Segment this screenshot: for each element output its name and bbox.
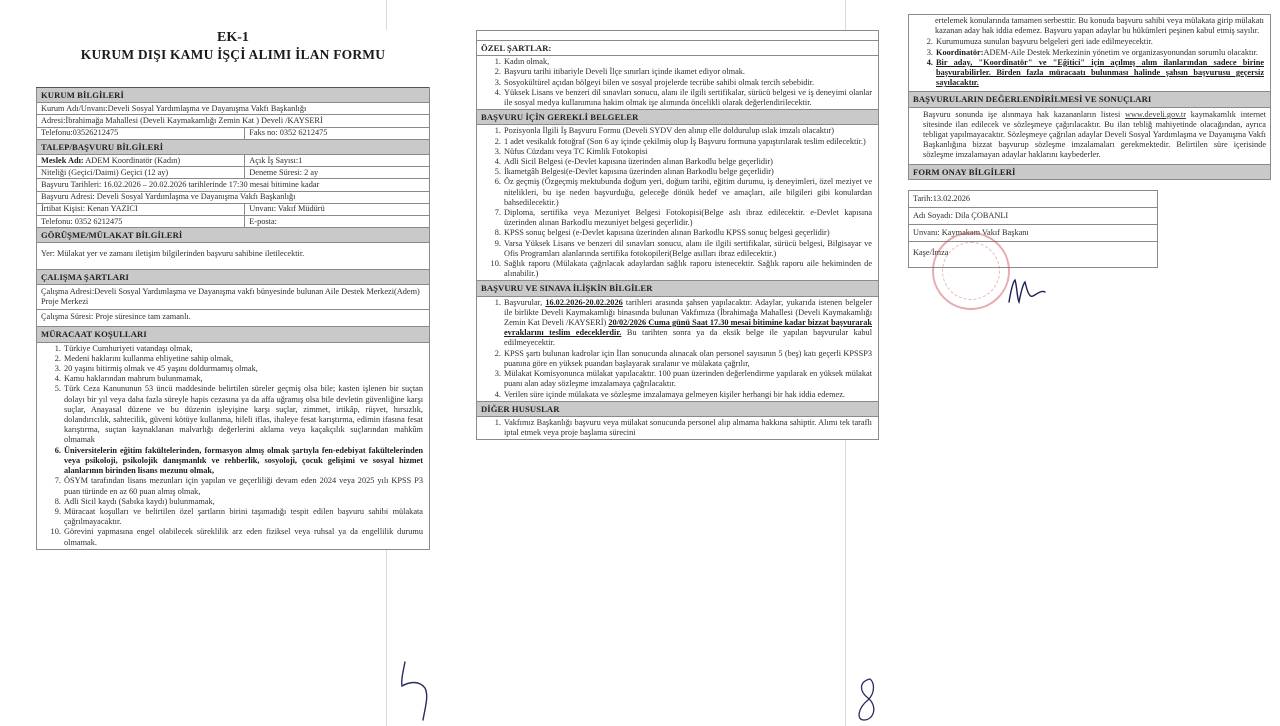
institution-fax: Faks no: 0352 6212475 [245, 127, 430, 139]
form-table-page-3: ertelemek konularında tamamen serbesttir… [908, 14, 1271, 180]
section-header-request: TALEP/BAŞVURU BİLGİLERİ [37, 139, 430, 154]
work-address: Çalışma Adresi:Develi Sosyal Yardımlaşma… [37, 284, 430, 309]
section-header-required-documents: BAŞVURU İÇİN GEREKLİ BELGELER [477, 110, 879, 125]
handwritten-page-number-8 [852, 676, 882, 726]
required-document-item: Adli Sicil Belgesi (e-Devlet kapısına üz… [503, 157, 872, 167]
required-documents-list: Pozisyonla İlgili İş Başvuru Formu (Deve… [477, 125, 874, 280]
other-list-continued: Kurumumuza sunulan başvuru belgeleri ger… [909, 36, 1266, 89]
special-condition-item: Kadın olmak, [503, 57, 872, 67]
application-exam-list: Başvurular, 16.02.2026-20.02.2026 tarihl… [477, 297, 874, 401]
evaluation-text: Başvuru sonunda işe alınmaya hak kazanan… [909, 107, 1271, 164]
required-document-item: Diploma, sertifika veya Mezuniyet Belges… [503, 208, 872, 228]
other-continued-cell: ertelemek konularında tamamen serbesttir… [909, 15, 1271, 92]
section-header-special-conditions: ÖZEL ŞARTLAR: [477, 41, 879, 56]
special-condition-item: Yüksek Lisans ve benzeri dil sınavları s… [503, 88, 872, 108]
work-duration: Çalışma Süresi: Proje süresince tam zama… [37, 310, 430, 327]
section-header-approval: FORM ONAY BİLGİLERİ [909, 164, 1271, 179]
open-positions: Açık İş Sayısı:1 [245, 155, 430, 167]
condition-item: 20 yaşını bitirmiş olmak ve 45 yaşını do… [63, 364, 423, 374]
section-header-other: DİĞER HUSUSLAR [477, 401, 879, 416]
institution-name: Kurum Adı/Unvanı:Develi Sosyal Yardımlaş… [37, 103, 430, 115]
form-page-2: ÖZEL ŞARTLAR: Kadın olmak, Başvuru tarih… [476, 30, 879, 440]
required-document-item: Nüfus Cüzdanı veya TC Kimlik Fotokopisi [503, 147, 872, 157]
required-documents-list-cell: Pozisyonla İlgili İş Başvuru Formu (Deve… [477, 125, 879, 281]
required-document-item: 1 adet vesikalık fotoğraf (Son 6 ay için… [503, 137, 872, 147]
condition-item: ÖSYM tarafından lisans mezunları için ya… [63, 476, 423, 496]
website-link[interactable]: www.develi.gov.tr [1125, 110, 1186, 119]
form-page-1: EK-1 KURUM DIŞI KAMU İŞÇİ ALIMI İLAN FOR… [36, 30, 430, 550]
form-title: KURUM DIŞI KAMU İŞÇİ ALIMI İLAN FORMU [36, 46, 430, 63]
signature [1005, 276, 1055, 306]
application-exam-item: Verilen süre içinde mülakata ve sözleşme… [503, 390, 872, 400]
other-item: Kurumumuza sunulan başvuru belgeleri ger… [935, 37, 1264, 47]
application-exam-item: Başvurular, 16.02.2026-20.02.2026 tarihl… [503, 298, 872, 349]
section-header-interview: GÖRÜŞME/MÜLAKAT BİLGİLERİ [37, 228, 430, 243]
condition-item: Üniversitelerin eğitim fakültelerinden, … [63, 446, 423, 477]
condition-item: Medeni haklarını kullanma ehliyetine sah… [63, 354, 423, 364]
handwritten-page-number-4 [395, 658, 435, 724]
application-date-range: 16.02.2026-20.02.2026 [545, 298, 622, 307]
section-header-institution: KURUM BİLGİLERİ [37, 88, 430, 103]
condition-item: Türkiye Cumhuriyeti vatandaşı olmak, [63, 344, 423, 354]
item-text: ADEM-Aile Destek Merkezinin yönetim ve o… [983, 48, 1258, 57]
contact-person: İrtibat Kişisi: Kenan YAZICI [37, 203, 245, 215]
required-document-item: Varsa Yüksek Lisans ve benzeri dil sınav… [503, 239, 872, 259]
application-conditions-list-cell: Türkiye Cumhuriyeti vatandaşı olmak, Med… [37, 342, 430, 549]
contact-email: E-posta: [245, 216, 430, 228]
condition-item: Müracaat koşulları ve belirtilen özel şa… [63, 507, 423, 527]
probation-period: Deneme Süresi: 2 ay [245, 167, 430, 179]
required-document-item: İkametgâh Belgesi(e-Devlet kapısına üzer… [503, 167, 872, 177]
official-stamp [932, 232, 1010, 310]
required-document-item: Pozisyonla İlgili İş Başvuru Formu (Deve… [503, 126, 872, 136]
coordinator-label: Koordinatör: [936, 48, 983, 57]
interview-info: Yer: Mülakat yer ve zamanı iletişim bilg… [37, 243, 430, 269]
document-title: EK-1 KURUM DIŞI KAMU İŞÇİ ALIMI İLAN FOR… [36, 30, 430, 63]
other-item: Vakfımız Başkanlığı başvuru veya mülakat… [503, 418, 872, 438]
application-exam-item: Mülakat Komisyonunca mülakat yapılacaktı… [503, 369, 872, 389]
other-item-1-continued: ertelemek konularında tamamen serbesttir… [909, 15, 1266, 36]
annex-label: EK-1 [36, 30, 430, 46]
special-conditions-list: Kadın olmak, Başvuru tarihi itibariyle D… [477, 56, 874, 109]
occupation-value: ADEM Koordinatör (Kadın) [85, 156, 180, 165]
application-address: Başvuru Adresi: Develi Sosyal Yardımlaşm… [37, 191, 430, 203]
section-header-evaluation: BAŞVURULARIN DEĞERLENDİRİLMESİ VE SONUÇL… [909, 92, 1271, 107]
item-text: Başvuru sonunda işe alınmaya hak kazanan… [923, 110, 1120, 119]
condition-item: Adli Sicil kaydı (Sabıka kaydı) bulunmam… [63, 497, 423, 507]
item-text: Başvurular, [504, 298, 542, 307]
other-list-cell: Vakfımız Başkanlığı başvuru veya mülakat… [477, 416, 879, 439]
occupation-label: Meslek Adı: [41, 156, 84, 165]
condition-item: Türk Ceza Kanununun 53 üncü maddesinde b… [63, 384, 423, 445]
contact-phone: Telefonu: 0352 6212475 [37, 216, 245, 228]
section-header-application-exam-info: BAŞVURU VE SINAVA İLİŞKİN BİLGİLER [477, 281, 879, 296]
other-list: Vakfımız Başkanlığı başvuru veya mülakat… [477, 417, 874, 439]
special-conditions-list-cell: Kadın olmak, Başvuru tarihi itibariyle D… [477, 56, 879, 110]
application-exam-list-cell: Başvurular, 16.02.2026-20.02.2026 tarihl… [477, 296, 879, 401]
form-page-3: ertelemek konularında tamamen serbesttir… [908, 14, 1271, 268]
application-exam-item: KPSS şartı bulunan kadrolar için İlan so… [503, 349, 872, 369]
special-condition-item: Sosyokültürel açıdan bölgeyi bilen ve so… [503, 78, 872, 88]
condition-item: Kamu haklarından mahrum bulunmamak, [63, 374, 423, 384]
institution-address: Adresi:İbrahimağa Mahallesi (Develi Kaym… [37, 115, 430, 127]
institution-phone: Telefonu:03526212475 [37, 127, 245, 139]
condition-item: Görevini yapmasına engel olabilecek süre… [63, 527, 423, 547]
approval-date: Tarih:13.02.2026 [909, 190, 1158, 207]
position-nature: Niteliği (Geçici/Daimi) Geçici (12 ay) [37, 167, 245, 179]
form-table-page-1: KURUM BİLGİLERİ Kurum Adı/Unvanı:Develi … [36, 87, 430, 550]
special-condition-item: Başvuru tarihi itibariyle Develi İlçe sı… [503, 67, 872, 77]
section-header-application-conditions: MÜRACAAT KOŞULLARI [37, 327, 430, 342]
form-table-page-2: ÖZEL ŞARTLAR: Kadın olmak, Başvuru tarih… [476, 30, 879, 440]
section-header-work-conditions: ÇALIŞMA ŞARTLARI [37, 269, 430, 284]
application-dates: Başvuru Tarihleri: 16.02.2026 – 20.02.20… [37, 179, 430, 191]
other-item: Koordinatör:ADEM-Aile Destek Merkezinin … [935, 48, 1264, 58]
blank-row [477, 31, 879, 41]
approval-name: Adı Soyadı: Dila ÇOBANLI [909, 208, 1158, 225]
required-document-item: Sağlık raporu (Mülakata çağrılacak adayl… [503, 259, 872, 279]
required-document-item: KPSS sonuç belgesi (e-Devlet kapısına üz… [503, 228, 872, 238]
application-conditions-list: Türkiye Cumhuriyeti vatandaşı olmak, Med… [37, 343, 425, 549]
occupation-field: Meslek Adı: ADEM Koordinatör (Kadın) [37, 155, 245, 167]
contact-title: Unvanı: Vakıf Müdürü [245, 203, 430, 215]
approval-title: Unvanı: Kaymakam Vakıf Başkanı [909, 225, 1158, 242]
other-item: Bir aday, "Koordinatör" ve "Eğitici" içi… [935, 58, 1264, 89]
required-document-item: Öz geçmiş (Özgeçmiş mektubunda doğum yer… [503, 177, 872, 208]
